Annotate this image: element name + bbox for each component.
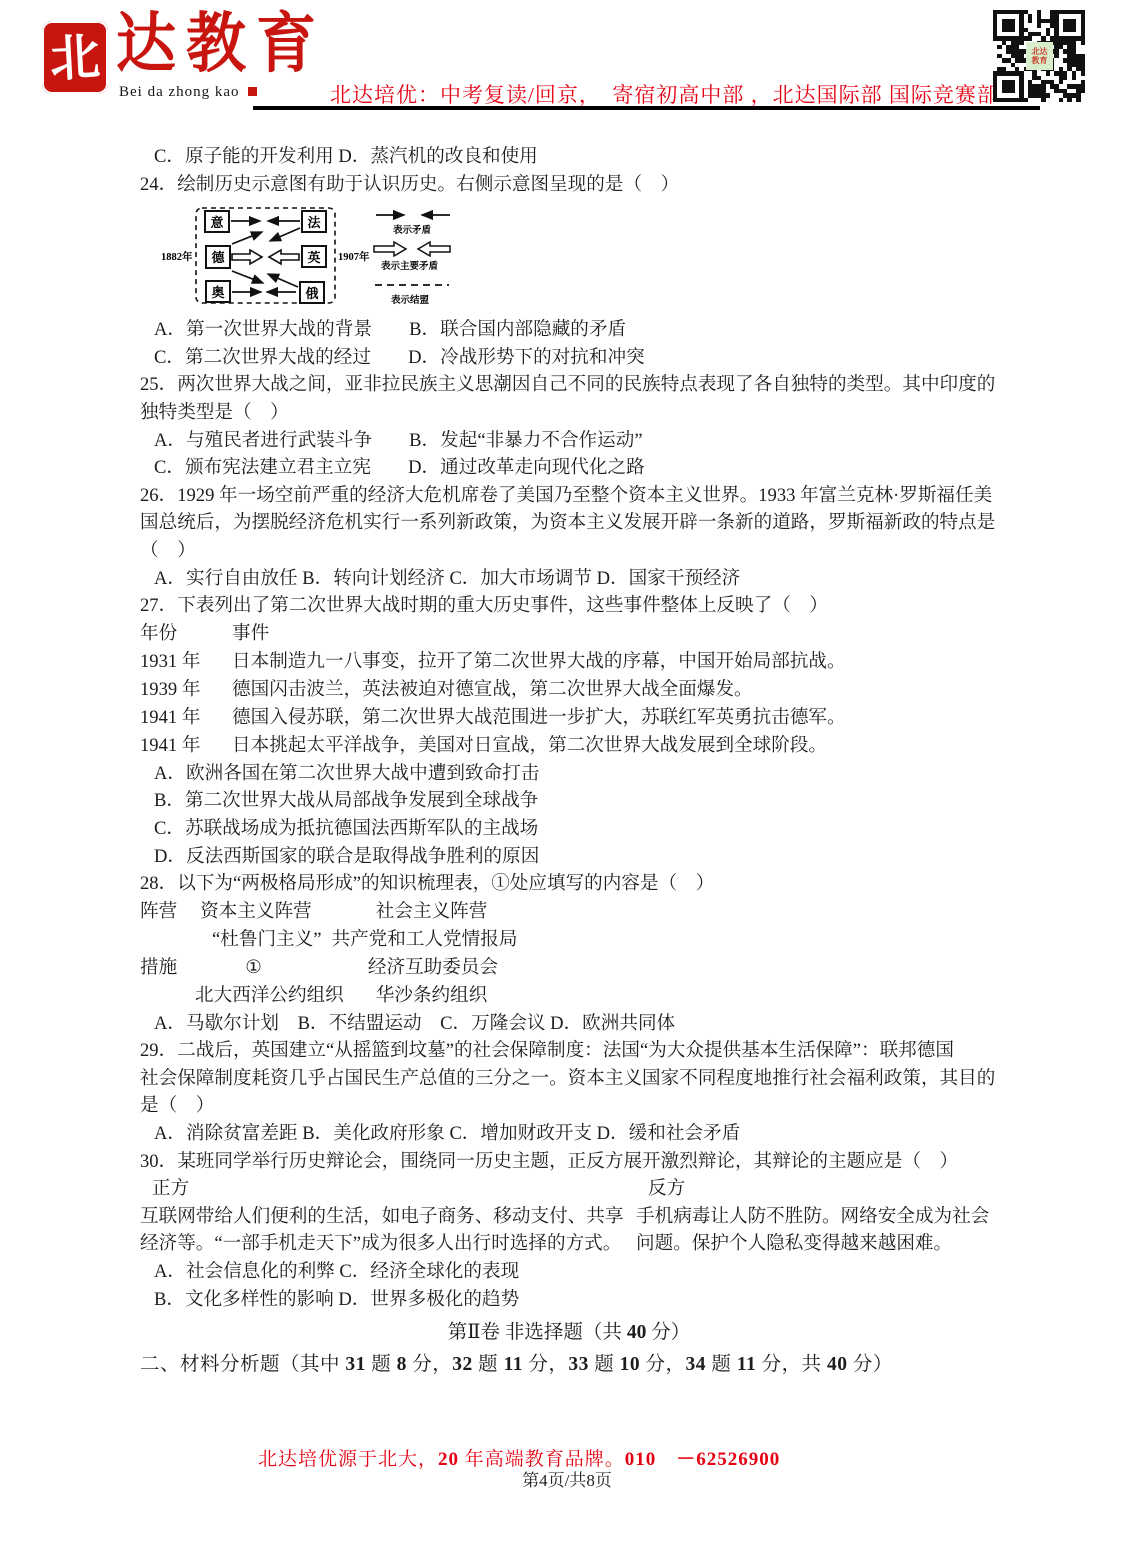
q29-stem-cont: 社会保障制度耗资几乎占国民生产总值的三分之一。资本主义国家不同程度地推行社会福利…	[140, 1065, 998, 1093]
section2-title: 第Ⅱ卷 非选择题（共 40 分）	[140, 1319, 998, 1347]
q27-option-b: B．第二次世界大战从局部战争发展到全球战争	[140, 787, 998, 815]
q29-stem-cont2: 是（ ）	[140, 1092, 998, 1120]
q24-alliance-diagram: 1882年 1907年 意 法 德 英 奥 俄	[160, 203, 540, 311]
q26-stem-cont: 国总统后，为摆脱经济危机实行一系列新政策，为资本主义发展开辟一条新的道路，罗斯福…	[140, 509, 998, 537]
qr-code: 北达 教育	[993, 10, 1085, 102]
q23-options-cd: C．原子能的开发利用 D．蒸汽机的改良和使用	[140, 143, 998, 171]
q26-stem-cont2: （ ）	[140, 537, 998, 565]
legend-alliance-label: 表示结盟	[391, 294, 430, 306]
country-germany: 德	[211, 250, 225, 265]
seal-character: 北	[49, 31, 102, 84]
header-tagline: 北达培优：中考复读/回京， 寄宿初高中部 ，北达国际部 国际竞赛部	[330, 79, 999, 109]
year-label-left: 1882年	[161, 250, 193, 263]
q29-options: A．消除贫富差距 B．美化政府形象 C．增加财政开支 D．缓和社会矛盾	[140, 1120, 998, 1148]
page-number: 第4页/共8页	[0, 1466, 1134, 1491]
year-label-right: 1907年	[338, 250, 370, 263]
debate-con-header: 反方	[636, 1175, 998, 1203]
table-row: 1941 年 日本挑起太平洋战争，美国对日宣战，第二次世界大战发展到全球阶段。	[140, 732, 998, 760]
brand-subtitle: Bei da zhong kao	[119, 84, 257, 101]
country-austria: 奥	[211, 285, 224, 300]
table-row: 北大西洋公约组织华沙条约组织	[140, 982, 998, 1010]
country-russia: 俄	[305, 286, 318, 301]
table-row: “杜鲁门主义”共产党和工人党情报局	[140, 926, 998, 954]
q25-options-cd: C．颁布宪法建立君主立宪 D．通过改革走向现代化之路	[140, 454, 998, 482]
legend-main-contradiction-label: 表示主要矛盾	[381, 260, 439, 272]
country-france: 法	[307, 215, 321, 230]
q30-options-ac: A．社会信息化的利弊 C．经济全球化的表现	[140, 1258, 998, 1286]
q25-stem: 25．两次世界大战之间，亚非拉民族主义思潮因自己不同的民族特点表现了各自独特的类…	[140, 371, 998, 399]
q28-options: A．马歇尔计划 B．不结盟运动 C．万隆会议 D．欧洲共同体	[140, 1010, 998, 1038]
q26-stem: 26．1929 年一场空前严重的经济大危机席卷了美国乃至整个资本主义世界。193…	[140, 482, 998, 510]
table-row: 措施①经济互助委员会	[140, 954, 998, 982]
country-britain: 英	[307, 250, 320, 265]
q30-stem: 30．某班同学举行历史辩论会，围绕同一历史主题，正反方展开激烈辩论，其辩论的主题…	[140, 1148, 998, 1176]
brand-seal-logo: 北	[42, 21, 108, 94]
q25-options-ab: A．与殖民者进行武装斗争 B．发起“非暴力不合作运动”	[140, 427, 998, 455]
table-row: 阵营资本主义阵营社会主义阵营	[140, 898, 998, 926]
q29-stem: 29．二战后，英国建立“从摇篮到坟墓”的社会保障制度：法国“为大众提供基本生活保…	[140, 1037, 998, 1065]
brand-calligraphy: 达教育	[116, 12, 326, 77]
main-contradiction-arrows	[232, 250, 299, 264]
q27-stem: 27．下表列出了第二次世界大战时期的重大历史事件，这些事件整体上反映了（ ）	[140, 592, 998, 620]
q24-options-cd: C．第二次世界大战的经过 D．冷战形势下的对抗和冲突	[140, 344, 998, 372]
q30-options-bd: B．文化多样性的影响 D．世界多极化的趋势	[140, 1286, 998, 1314]
red-square-icon	[248, 87, 257, 96]
table-row: 1939 年 德国闪击波兰，英法被迫对德宣战，第二次世界大战全面爆发。	[140, 676, 998, 704]
section2-intro: 二、材料分析题（其中 31 题 8 分，32 题 11 分，33 题 10 分，…	[140, 1351, 998, 1379]
legend-contradiction-label: 表示矛盾	[393, 224, 432, 236]
header-divider	[253, 106, 1040, 110]
q27-option-a: A．欧洲各国在第二次世界大战中遭到致命打击	[140, 760, 998, 788]
table-header-row: 年份 事件	[140, 620, 998, 648]
q27-option-c: C．苏联战场成为抵抗德国法西斯军队的主战场	[140, 815, 998, 843]
q26-options: A．实行自由放任 B．转向计划经济 C．加大市场调节 D．国家干预经济	[140, 565, 998, 593]
q24-stem: 24．绘制历史示意图有助于认识历史。右侧示意图呈现的是（ ）	[140, 171, 998, 199]
q28-knowledge-table: 阵营资本主义阵营社会主义阵营 “杜鲁门主义”共产党和工人党情报局 措施①经济互助…	[140, 898, 998, 1010]
country-italy: 意	[210, 215, 223, 230]
debate-pro-header: 正方	[140, 1175, 636, 1203]
debate-pro-text: 互联网带给人们便利的生活，如电子商务、移动支付、共享经济等。“一部手机走天下”成…	[140, 1203, 636, 1258]
q27-option-d: D．反法西斯国家的联合是取得战争胜利的原因	[140, 843, 998, 871]
diagram-legend: 表示矛盾 表示主要矛盾 表示结盟	[374, 215, 450, 306]
exam-body: C．原子能的开发利用 D．蒸汽机的改良和使用 24．绘制历史示意图有助于认识历史…	[140, 143, 998, 1378]
q25-stem-cont: 独特类型是（ ）	[140, 399, 998, 427]
q24-options-ab: A．第一次世界大战的背景 B．联合国内部隐藏的矛盾	[140, 316, 998, 344]
table-row: 1941 年 德国入侵苏联，第二次世界大战范围进一步扩大，苏联红军英勇抗击德军。	[140, 704, 998, 732]
q28-stem: 28．以下为“两极格局形成”的知识梳理表，①处应填写的内容是（ ）	[140, 870, 998, 898]
letterhead: 北 达教育 Bei da zhong kao 北达培优：中考复读/回京， 寄宿初…	[0, 0, 1134, 120]
debate-con-text: 手机病毒让人防不胜防。网络安全成为社会问题。保护个人隐私变得越来越困难。	[636, 1203, 998, 1258]
table-row: 1931 年 日本制造九一八事变，拉开了第二次世界大战的序幕，中国开始局部抗战。	[140, 648, 998, 676]
q27-events-table: 年份 事件 1931 年 日本制造九一八事变，拉开了第二次世界大战的序幕，中国开…	[140, 620, 998, 760]
q30-debate-table: 正方 反方 互联网带给人们便利的生活，如电子商务、移动支付、共享经济等。“一部手…	[140, 1175, 998, 1258]
qr-center-label: 北达 教育	[1026, 42, 1053, 70]
